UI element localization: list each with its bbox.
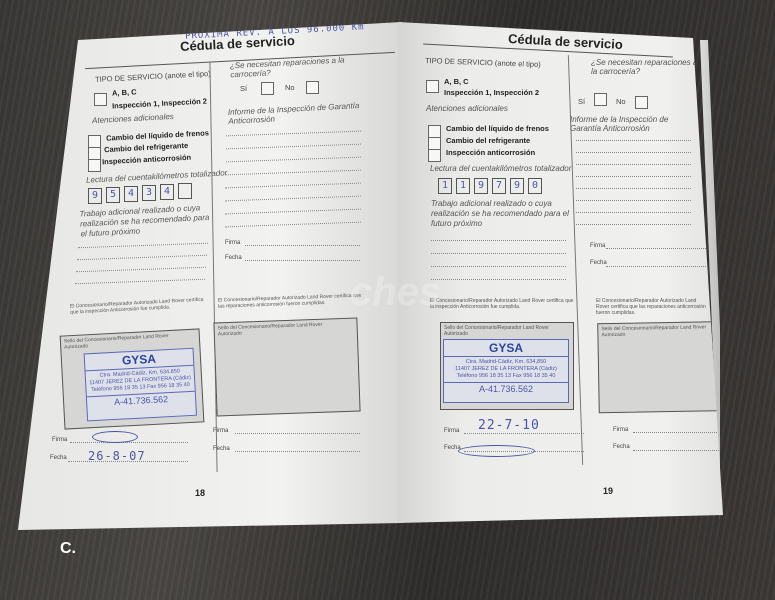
signature-label: Firma	[52, 437, 67, 443]
bodywork-question: ¿Se necesitan reparaciones a la carrocer…	[230, 55, 361, 80]
report-line[interactable]	[576, 224, 691, 225]
anticorrosion-checkbox[interactable]	[88, 159, 101, 172]
signature-label: Firma	[213, 428, 228, 434]
date-line[interactable]	[606, 266, 706, 267]
additional-item-brake-fluid: Cambio del líquido de frenos	[106, 128, 209, 142]
signature-label: Firma	[225, 240, 240, 246]
odometer-label: Lectura del cuentakilómetros totalizador	[86, 168, 228, 184]
odometer-digit[interactable]: 4	[124, 186, 138, 202]
report-line[interactable]	[226, 157, 361, 163]
extra-work-line[interactable]	[76, 267, 206, 273]
signature-line[interactable]	[235, 433, 360, 434]
extra-work-line[interactable]	[78, 243, 208, 249]
handwritten-signature	[458, 445, 535, 457]
report-line[interactable]	[576, 176, 691, 177]
report-line[interactable]	[226, 144, 361, 150]
service-option-abc: A, B, C	[112, 87, 137, 97]
watermark: ches	[350, 270, 441, 315]
report-line[interactable]	[576, 212, 691, 213]
report-line[interactable]	[576, 140, 691, 141]
odometer-digit[interactable]: 0	[528, 178, 542, 194]
figure-caption: C.	[60, 540, 76, 558]
date-label: Fecha	[613, 444, 630, 450]
additional-services-label: Atenciones adicionales	[426, 104, 508, 113]
service-type-label: TIPO DE SERVICIO (anote el tipo)	[425, 56, 541, 69]
extra-work-label: Trabajo adicional realizado o cuya reali…	[79, 202, 215, 239]
certify-text: El Concesionario/Reparador Autorizado La…	[218, 292, 368, 309]
signature-line[interactable]	[606, 248, 706, 249]
odometer-digit[interactable]: 1	[438, 178, 452, 194]
odometer-label: Lectura del cuentakilómetros totalizador	[430, 164, 571, 173]
left-page: PRÓXIMA REV. A LOS 96.000 Km Cédula de s…	[0, 0, 402, 530]
extra-work-line[interactable]	[77, 255, 207, 261]
additional-item-anticorrosion: Inspección anticorrosión	[446, 148, 535, 157]
odometer-digit[interactable]: 4	[160, 184, 174, 200]
yes-checkbox[interactable]	[261, 82, 274, 95]
odometer-digit[interactable]: 3	[142, 185, 156, 201]
dealer-cif: A-41.736.562	[444, 383, 568, 395]
report-line[interactable]	[576, 200, 691, 201]
date-label: Fecha	[50, 455, 67, 461]
extra-work-line[interactable]	[431, 240, 566, 241]
odometer-digit[interactable]: 9	[88, 188, 102, 204]
dealer-address-line-1: Ctra. Madrid-Cádiz, Km. 634,850	[446, 359, 566, 366]
additional-item-coolant: Cambio del refrigerante	[104, 141, 189, 154]
date-line[interactable]	[245, 260, 360, 261]
dealer-stamp-area: Sello del Concesionario/Reparador Land R…	[60, 328, 205, 429]
extra-work-label: Trabajo adicional realizado o cuya reali…	[431, 199, 571, 229]
signature-line[interactable]	[633, 432, 728, 433]
report-line[interactable]	[225, 209, 361, 215]
no-checkbox[interactable]	[635, 96, 648, 109]
signature-label: Firma	[613, 427, 628, 433]
page-number: 19	[603, 486, 613, 496]
service-booklet: PRÓXIMA REV. A LOS 96.000 Km Cédula de s…	[0, 0, 775, 600]
right-page: PRÓXIMA REV. 115.000 Km Cédula de servic…	[398, 0, 728, 530]
odometer-digit[interactable]: 9	[510, 178, 524, 194]
odometer-digit[interactable]: 1	[456, 178, 470, 194]
dealer-address: Ctra. Madrid-Cádiz, Km. 634,850 11407 JE…	[444, 357, 568, 383]
dealer-stamp-area: Sello del Concesionario/Reparador Land R…	[213, 318, 360, 417]
dealer-stamp: GYSA Ctra. Madrid-Cádiz, Km. 634,850 114…	[443, 339, 569, 403]
anticorrosion-checkbox[interactable]	[428, 149, 441, 162]
odometer-digit[interactable]: 7	[492, 178, 506, 194]
additional-item-anticorrosion: Inspección anticorrosión	[102, 153, 192, 167]
report-line[interactable]	[576, 188, 691, 189]
dealer-stamp-area: Sello del Concesionario/Reparador Land R…	[440, 322, 574, 410]
date-label: Fecha	[213, 446, 230, 452]
report-line[interactable]	[225, 183, 361, 189]
yes-checkbox[interactable]	[594, 93, 607, 106]
signature-label: Firma	[590, 243, 605, 249]
additional-services-label: Atenciones adicionales	[92, 112, 174, 125]
dealer-phone: Teléfono 956 18 35 13 Fax 956 18 35 40	[446, 373, 566, 380]
extra-work-line[interactable]	[431, 253, 566, 254]
yes-label: Sí	[578, 97, 585, 106]
report-line[interactable]	[576, 164, 691, 165]
dealer-address-line-2: 11407 JEREZ DE LA FRONTERA (Cádiz)	[446, 366, 566, 373]
bodywork-question: ¿Se necesitan reparaciones a la carrocer…	[591, 58, 701, 76]
stamp-area-label: Sello del Concesionario/Reparador Land R…	[64, 332, 189, 351]
additional-item-coolant: Cambio del refrigerante	[446, 136, 530, 145]
anticorrosion-report-label: Informe de la Inspección de Garantía Ant…	[570, 115, 690, 133]
no-label: No	[616, 97, 626, 106]
service-type-checkbox[interactable]	[94, 93, 107, 106]
service-option-abc: A, B, C	[444, 77, 469, 86]
dealer-name: GYSA	[444, 340, 568, 357]
signature-line[interactable]	[70, 442, 188, 443]
extra-work-line[interactable]	[431, 266, 566, 267]
stamp-area-label: Sello del Concesionario/Reparador Land R…	[601, 324, 726, 338]
date-line[interactable]	[633, 450, 728, 451]
odometer-digit[interactable]: 9	[474, 178, 488, 194]
odometer-digit[interactable]: 5	[106, 187, 120, 203]
handwritten-date: 26-8-07	[88, 449, 146, 463]
additional-item-brake-fluid: Cambio del líquido de frenos	[446, 124, 549, 133]
date-label: Fecha	[590, 260, 607, 266]
certify-text: El Concesionario/Reparador Autorizado La…	[596, 298, 706, 316]
certify-text: El Concesionario/Reparador Autorizado La…	[430, 298, 575, 310]
anticorrosion-report-label: Informe de la Inspección de Garantía Ant…	[228, 100, 379, 126]
handwritten-signature	[92, 431, 138, 443]
report-line[interactable]	[225, 222, 361, 228]
service-type-checkbox[interactable]	[426, 80, 439, 93]
no-label: No	[285, 83, 295, 92]
signature-label: Firma	[444, 428, 459, 434]
handwritten-date: 22-7-10	[478, 418, 540, 433]
report-line[interactable]	[226, 170, 361, 176]
service-option-inspection: Inspección 1, Inspección 2	[444, 88, 539, 97]
date-line[interactable]	[235, 451, 360, 452]
report-line[interactable]	[226, 131, 361, 137]
page-number: 18	[195, 488, 205, 498]
no-checkbox[interactable]	[306, 81, 319, 94]
service-type-label: TIPO DE SERVICIO (anote el tipo)	[95, 69, 211, 84]
certify-text: El Concesionario/Reparador Autorizado La…	[70, 296, 210, 315]
stamp-area-label: Sello del Concesionario/Reparador Land R…	[218, 321, 343, 337]
signature-line[interactable]	[464, 433, 584, 434]
extra-work-line[interactable]	[431, 279, 566, 280]
dealer-stamp-area: Sello del Concesionario/Reparador Land R…	[597, 321, 728, 414]
odometer-digit[interactable]	[178, 183, 192, 199]
yes-label: Sí	[240, 84, 247, 93]
stamp-area-label: Sello del Concesionario/Reparador Land R…	[444, 325, 569, 337]
report-line[interactable]	[576, 152, 691, 153]
dealer-stamp: GYSA Ctra. Madrid-Cádiz, Km. 634,850 114…	[84, 348, 197, 422]
signature-line[interactable]	[245, 245, 360, 246]
service-option-inspection: Inspección 1, Inspección 2	[112, 97, 207, 111]
date-label: Fecha	[225, 255, 242, 261]
report-line[interactable]	[225, 196, 361, 202]
extra-work-line[interactable]	[75, 279, 205, 285]
